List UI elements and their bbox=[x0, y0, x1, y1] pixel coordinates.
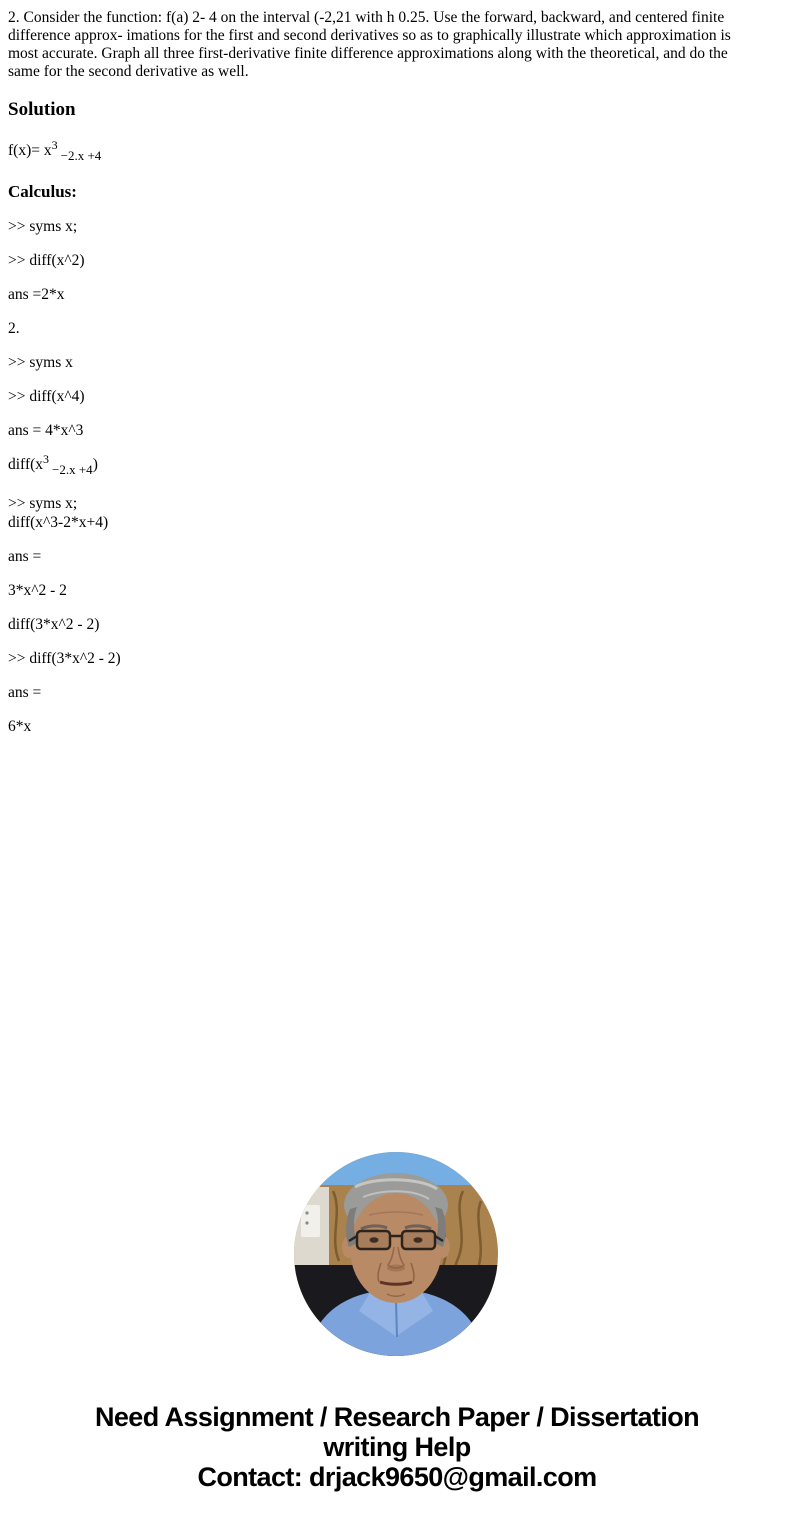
switch-dot bbox=[305, 1211, 308, 1214]
nose-shadow bbox=[387, 1265, 405, 1272]
switch-plate bbox=[301, 1205, 320, 1237]
document-content: 2. Consider the function: f(a) 2- 4 on t… bbox=[8, 9, 758, 736]
code-line-diff-3x2-2: diff(3*x^2 - 2) bbox=[8, 615, 758, 634]
diff-prefix: diff(x bbox=[8, 456, 43, 473]
code-line-syms-3: >> syms x; bbox=[8, 495, 77, 512]
code-line-syms-2: >> syms x bbox=[8, 353, 758, 372]
diff-expression: diff(x3−2.x +4) bbox=[8, 455, 758, 479]
code-line-diff-poly: diff(x^3-2*x+4) bbox=[8, 514, 108, 531]
code-line-ans-4: ans = bbox=[8, 683, 758, 702]
list-item-2: 2. bbox=[8, 319, 758, 338]
code-line-diff-x2: >> diff(x^2) bbox=[8, 251, 758, 270]
code-line-prompt-diff-3x2-2: >> diff(3*x^2 - 2) bbox=[8, 649, 758, 668]
code-line-ans-3: ans = bbox=[8, 547, 758, 566]
diff-subscript: −2.x +4 bbox=[52, 462, 93, 477]
diff-suffix: ) bbox=[93, 456, 98, 473]
diff-exponent: 3 bbox=[43, 452, 49, 466]
eye-left bbox=[370, 1237, 379, 1243]
function-exponent: 3 bbox=[52, 138, 58, 152]
code-line-ans-4x3: ans = 4*x^3 bbox=[8, 421, 758, 440]
collar-seam bbox=[396, 1301, 397, 1337]
switch-dot bbox=[305, 1221, 308, 1224]
footer-help-line-1: Need Assignment / Research Paper / Disse… bbox=[0, 1402, 794, 1432]
portrait-photo bbox=[293, 1151, 499, 1357]
code-block-syms-diff: >> syms x;diff(x^3-2*x+4) bbox=[8, 494, 758, 532]
code-line-syms: >> syms x; bbox=[8, 217, 758, 236]
code-line-ans-2x: ans =2*x bbox=[8, 285, 758, 304]
calculus-heading: Calculus: bbox=[8, 182, 758, 202]
function-definition: f(x)= x3−2.x +4 bbox=[8, 141, 758, 166]
function-prefix: f(x)= x bbox=[8, 142, 52, 159]
code-line-3x2-2: 3*x^2 - 2 bbox=[8, 581, 758, 600]
footer-banner: Need Assignment / Research Paper / Disse… bbox=[0, 1402, 794, 1492]
solution-heading: Solution bbox=[8, 99, 758, 121]
document-page: 2. Consider the function: f(a) 2- 4 on t… bbox=[0, 0, 794, 1523]
problem-statement: 2. Consider the function: f(a) 2- 4 on t… bbox=[8, 9, 758, 81]
code-line-diff-x4: >> diff(x^4) bbox=[8, 387, 758, 406]
footer-contact: Contact: drjack9650@gmail.com bbox=[0, 1462, 794, 1492]
footer-help-line-2: writing Help bbox=[0, 1432, 794, 1462]
function-subscript: −2.x +4 bbox=[61, 148, 102, 163]
code-line-6x: 6*x bbox=[8, 717, 758, 736]
portrait-photo-svg bbox=[293, 1151, 499, 1357]
eye-right bbox=[414, 1237, 423, 1243]
